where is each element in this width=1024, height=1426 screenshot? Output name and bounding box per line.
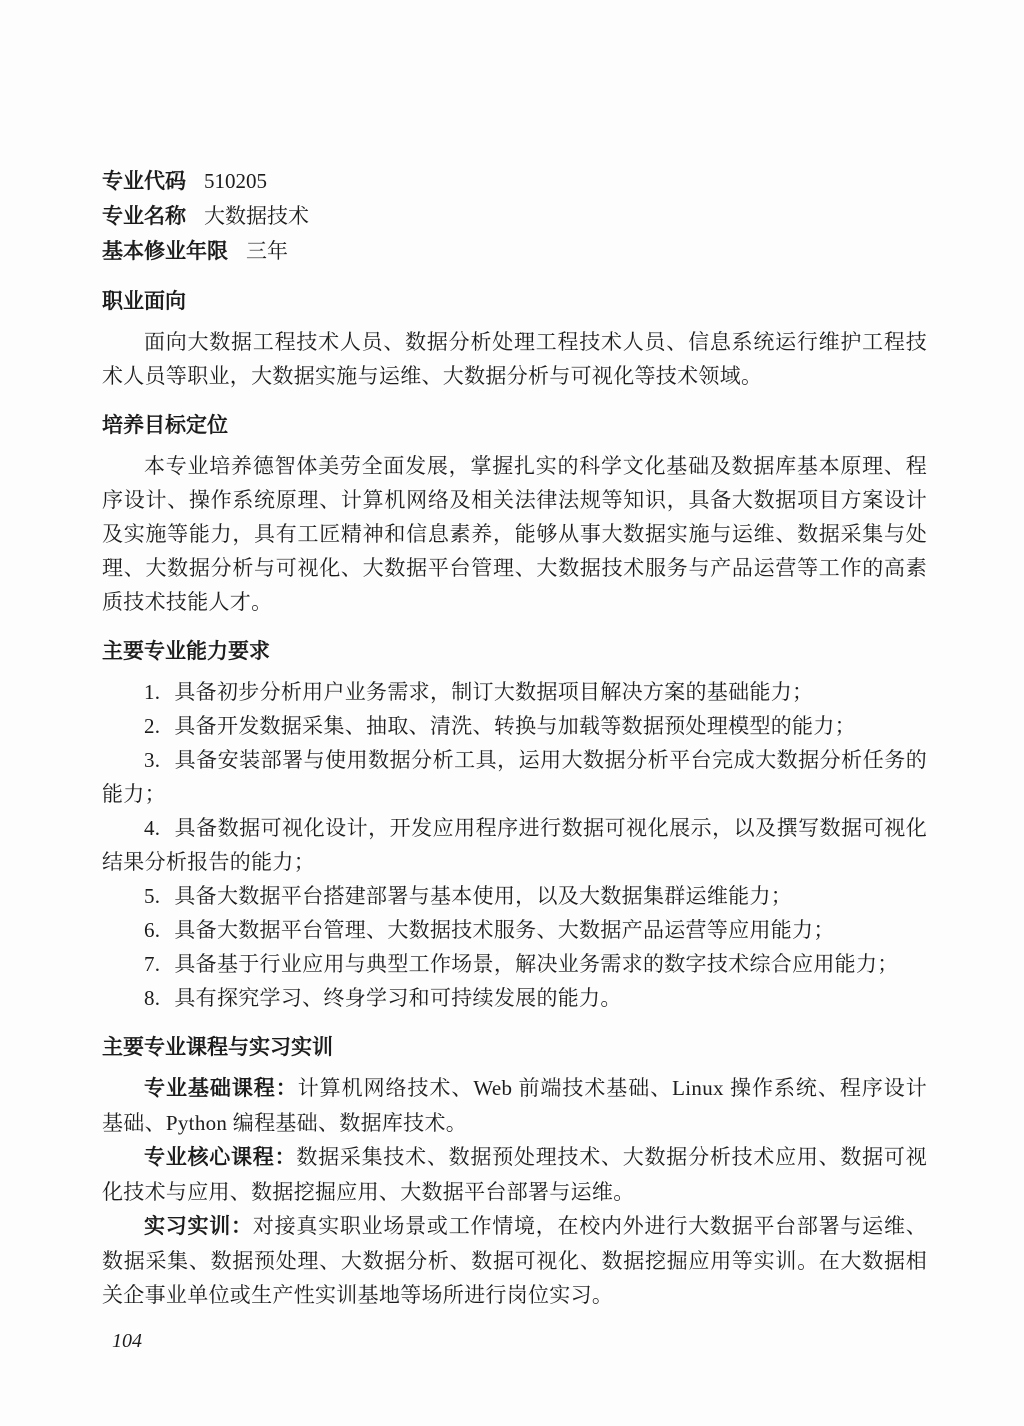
course-core-label: 专业核心课程： [144,1146,296,1169]
ability-item: 1.具备初步分析用户业务需求，制订大数据项目解决方案的基础能力； [102,675,927,709]
study-duration-label: 基本修业年限 [102,240,228,263]
major-code-label: 专业代码 [102,170,186,193]
career-paragraph: 面向大数据工程技术人员、数据分析处理工程技术人员、信息系统运行维护工程技术人员等… [102,325,927,393]
objectives-paragraph: 本专业培养德智体美劳全面发展，掌握扎实的科学文化基础及数据库基本原理、程序设计、… [102,449,927,619]
ability-item-text: 具备基于行业应用与典型工作场景，解决业务需求的数字技术综合应用能力； [174,952,898,976]
ability-item-number: 3. [144,748,160,772]
course-internship-label: 实习实训： [144,1215,253,1238]
ability-item-number: 6. [144,918,160,942]
ability-item-number: 4. [144,816,160,840]
section-heading-courses: 主要专业课程与实习实训 [102,1031,927,1065]
course-basic-label: 专业基础课程： [144,1077,298,1100]
ability-item-text: 具备大数据平台管理、大数据技术服务、大数据产品运营等应用能力； [174,918,834,942]
ability-item: 3.具备安装部署与使用数据分析工具，运用大数据分析平台完成大数据分析任务的能力； [102,743,927,811]
page-number: 104 [112,1324,927,1358]
ability-item-number: 7. [144,952,160,976]
section-heading-abilities: 主要专业能力要求 [102,635,927,669]
ability-item: 5.具备大数据平台搭建部署与基本使用，以及大数据集群运维能力； [102,879,927,913]
ability-item: 6.具备大数据平台管理、大数据技术服务、大数据产品运营等应用能力； [102,913,927,947]
document-page: 专业代码510205 专业名称大数据技术 基本修业年限三年 职业面向 面向大数据… [0,0,1024,1426]
ability-item-text: 具备开发数据采集、抽取、清洗、转换与加载等数据预处理模型的能力； [174,714,856,738]
section-heading-objectives: 培养目标定位 [102,409,927,443]
ability-item-number: 8. [144,986,160,1010]
ability-item-text: 具备大数据平台搭建部署与基本使用，以及大数据集群运维能力； [174,884,792,908]
ability-item-text: 具备安装部署与使用数据分析工具，运用大数据分析平台完成大数据分析任务的能力； [102,748,927,806]
ability-item-number: 5. [144,884,160,908]
ability-item: 7.具备基于行业应用与典型工作场景，解决业务需求的数字技术综合应用能力； [102,947,927,981]
major-name-line: 专业名称大数据技术 [102,199,927,234]
major-name-value: 大数据技术 [204,204,309,228]
ability-item-number: 2. [144,714,160,738]
ability-item-text: 具有探究学习、终身学习和可持续发展的能力。 [174,986,621,1010]
ability-item-text: 具备初步分析用户业务需求，制订大数据项目解决方案的基础能力； [174,680,813,704]
ability-item-number: 1. [144,680,160,704]
major-code-value: 510205 [204,169,267,193]
ability-item: 4.具备数据可视化设计，开发应用程序进行数据可视化展示，以及撰写数据可视化结果分… [102,811,927,879]
major-code-line: 专业代码510205 [102,164,927,199]
course-paragraph-basic: 专业基础课程：计算机网络技术、Web 前端技术基础、Linux 操作系统、程序设… [102,1071,927,1140]
ability-item: 2.具备开发数据采集、抽取、清洗、转换与加载等数据预处理模型的能力； [102,709,927,743]
ability-item: 8.具有探究学习、终身学习和可持续发展的能力。 [102,981,927,1015]
major-name-label: 专业名称 [102,205,186,228]
course-paragraph-internship: 实习实训：对接真实职业场景或工作情境，在校内外进行大数据平台部署与运维、数据采集… [102,1209,927,1312]
course-paragraph-core: 专业核心课程：数据采集技术、数据预处理技术、大数据分析技术应用、数据可视化技术与… [102,1140,927,1209]
study-duration-value: 三年 [246,239,288,263]
ability-item-text: 具备数据可视化设计，开发应用程序进行数据可视化展示，以及撰写数据可视化结果分析报… [102,816,927,874]
section-heading-career: 职业面向 [102,285,927,319]
study-duration-line: 基本修业年限三年 [102,234,927,269]
